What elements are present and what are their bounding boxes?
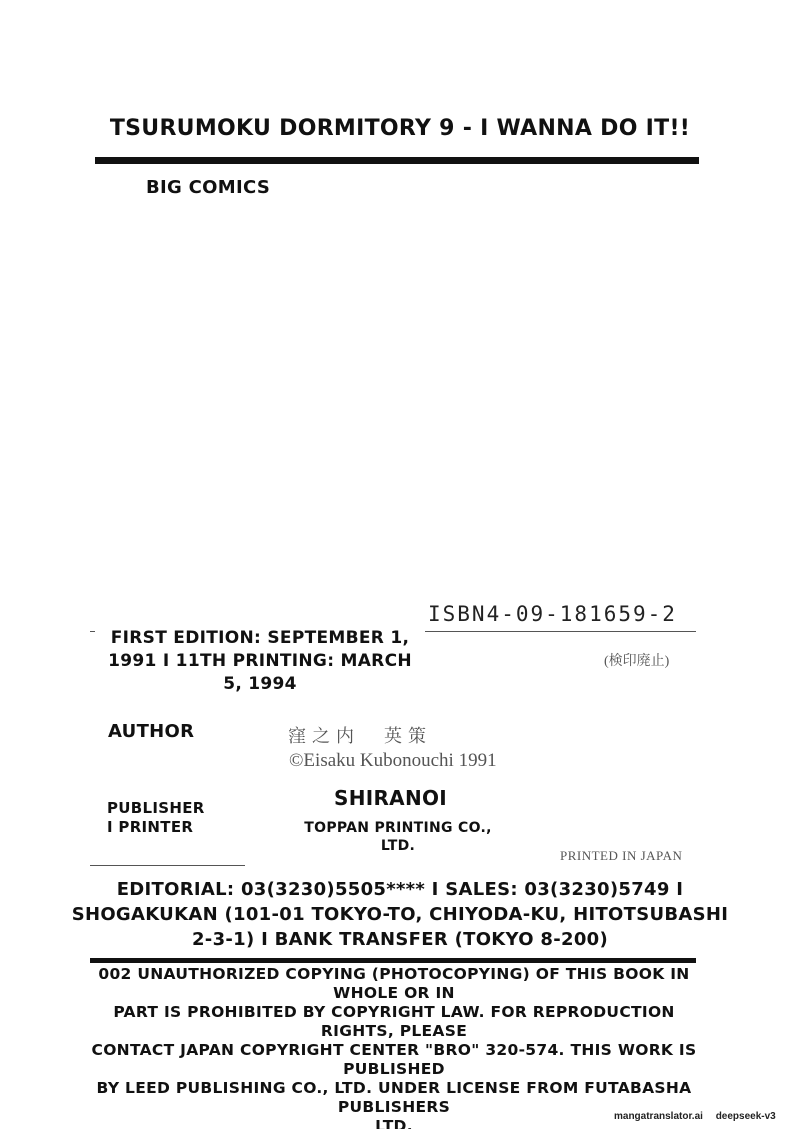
author-label: AUTHOR bbox=[108, 721, 194, 742]
printed-in-japan: PRINTED IN JAPAN bbox=[560, 848, 682, 864]
isbn: ISBN4-09-181659-2 bbox=[428, 602, 677, 626]
legal-line: PART IS PROHIBITED BY COPYRIGHT LAW. FOR… bbox=[88, 1003, 700, 1041]
legal-line: CONTACT JAPAN COPYRIGHT CENTER "BRO" 320… bbox=[88, 1041, 700, 1079]
contact-line: EDITORIAL: 03(3230)5505**** I SALES: 03(… bbox=[0, 877, 800, 902]
book-title: TSURUMOKU DORMITORY 9 - I WANNA DO IT!! bbox=[0, 116, 800, 141]
printer-line: LTD. bbox=[298, 837, 498, 855]
printer-label: I PRINTER bbox=[107, 818, 205, 837]
author-family-name: 窪之内 bbox=[288, 726, 360, 746]
imprint-label: BIG COMICS bbox=[146, 177, 270, 198]
legal-line: 002 UNAUTHORIZED COPYING (PHOTOCOPYING) … bbox=[88, 965, 700, 1003]
watermark-model: deepseek-v3 bbox=[716, 1111, 776, 1122]
contact-info: EDITORIAL: 03(3230)5505**** I SALES: 03(… bbox=[0, 877, 800, 952]
legal-line: LTD. bbox=[88, 1117, 700, 1129]
legal-line: BY LEED PUBLISHING CO., LTD. UNDER LICEN… bbox=[88, 1079, 700, 1117]
edition-line: 1991 I 11TH PRINTING: MARCH bbox=[95, 650, 425, 673]
contact-line: SHOGAKUKAN (101-01 TOKYO-TO, CHIYODA-KU,… bbox=[0, 902, 800, 927]
publisher-label: PUBLISHER bbox=[107, 799, 205, 818]
edition-line: 5, 1994 bbox=[95, 673, 425, 696]
edition-info: FIRST EDITION: SEPTEMBER 1, 1991 I 11TH … bbox=[95, 627, 425, 696]
contact-line: 2-3-1) I BANK TRANSFER (TOKYO 8-200) bbox=[0, 927, 800, 952]
copyright-notice: ©Eisaku Kubonouchi 1991 bbox=[289, 750, 497, 772]
edition-line: FIRST EDITION: SEPTEMBER 1, bbox=[95, 627, 425, 650]
section-rule bbox=[90, 865, 245, 866]
author-name-japanese: 窪之内英策 bbox=[288, 722, 432, 748]
printer-name: TOPPAN PRINTING CO., LTD. bbox=[298, 819, 498, 855]
title-rule bbox=[95, 157, 699, 164]
seal-abolished-note: (検印廃止) bbox=[604, 650, 669, 670]
printer-line: TOPPAN PRINTING CO., bbox=[298, 819, 498, 837]
publisher-printer-label: PUBLISHER I PRINTER bbox=[107, 799, 205, 837]
publisher-name: SHIRANOI bbox=[334, 786, 447, 810]
watermark-site: mangatranslator.ai bbox=[614, 1111, 703, 1122]
translator-watermark: mangatranslator.ai deepseek-v3 bbox=[614, 1111, 776, 1122]
legal-rule bbox=[90, 958, 696, 963]
legal-notice: 002 UNAUTHORIZED COPYING (PHOTOCOPYING) … bbox=[88, 965, 700, 1129]
author-given-name: 英策 bbox=[384, 726, 432, 746]
